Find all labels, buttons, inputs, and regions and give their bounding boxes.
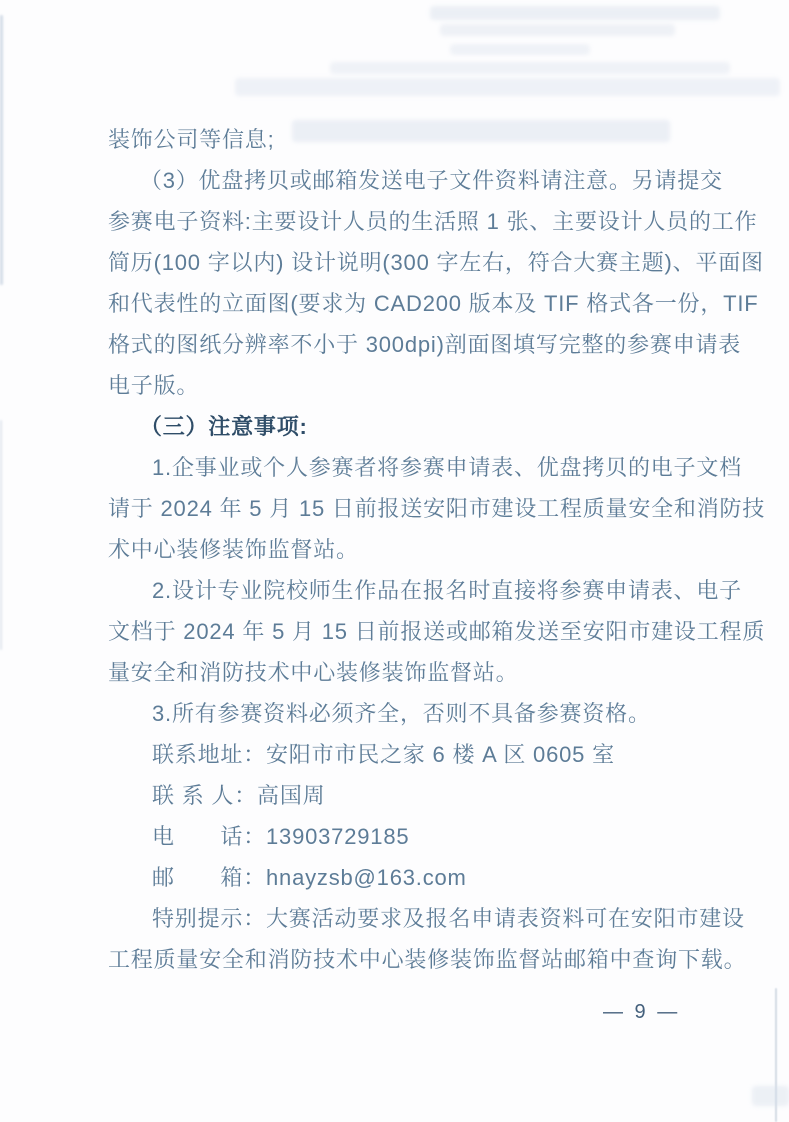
page-number: — 9 —: [603, 1001, 680, 1024]
doc-line: （3）优盘拷贝或邮箱发送电子文件资料请注意。另请提交: [108, 160, 728, 201]
doc-line: 1.企事业或个人参赛者将参赛申请表、优盘拷贝的电子文档: [108, 447, 728, 488]
doc-line: 量安全和消防技术中心装修装饰监督站。: [108, 652, 728, 693]
contact-phone-line: 电 话：13903729185: [108, 816, 728, 857]
doc-line: 格式的图纸分辨率不小于 300dpi)剖面图填写完整的参赛申请表: [108, 324, 728, 365]
doc-line: 术中心装修装饰监督站。: [108, 529, 728, 570]
contact-person-line: 联 系 人：高国周: [108, 775, 728, 816]
document-text-block: 装饰公司等信息; （3）优盘拷贝或邮箱发送电子文件资料请注意。另请提交 参赛电子…: [108, 119, 728, 980]
scan-bleedthrough-artifact: [430, 6, 720, 20]
doc-line: 请于 2024 年 5 月 15 日前报送安阳市建设工程质量安全和消防技: [108, 488, 728, 529]
scan-edge-artifact: [0, 420, 2, 650]
doc-line: 参赛电子资料:主要设计人员的生活照 1 张、主要设计人员的工作: [108, 201, 728, 242]
doc-line: 特别提示：大赛活动要求及报名申请表资料可在安阳市建设: [108, 898, 728, 939]
doc-line: 3.所有参赛资料必须齐全，否则不具备参赛资格。: [108, 693, 728, 734]
doc-line: 简历(100 字以内) 设计说明(300 字左右，符合大赛主题)、平面图: [108, 242, 728, 283]
contact-email-line: 邮 箱：hnayzsb@163.com: [108, 857, 728, 898]
scan-edge-artifact: [0, 15, 3, 285]
scan-bleedthrough-artifact: [235, 78, 780, 96]
doc-line: 文档于 2024 年 5 月 15 日前报送或邮箱发送至安阳市建设工程质: [108, 611, 728, 652]
doc-line: 装饰公司等信息;: [108, 119, 728, 160]
section-heading: （三）注意事项:: [108, 406, 728, 447]
doc-line: 2.设计专业院校师生作品在报名时直接将参赛申请表、电子: [108, 570, 728, 611]
scan-edge-artifact: [752, 1086, 789, 1106]
doc-line: 电子版。: [108, 365, 728, 406]
scan-bleedthrough-artifact: [330, 62, 730, 74]
doc-line: 和代表性的立面图(要求为 CAD200 版本及 TIF 格式各一份，TIF: [108, 283, 728, 324]
doc-line: 工程质量安全和消防技术中心装修装饰监督站邮箱中查询下载。: [108, 939, 728, 980]
scan-bleedthrough-artifact: [450, 44, 590, 55]
scan-edge-artifact: [775, 988, 777, 1122]
scan-bleedthrough-artifact: [440, 24, 675, 36]
contact-address-line: 联系地址：安阳市市民之家 6 楼 A 区 0605 室: [108, 734, 728, 775]
